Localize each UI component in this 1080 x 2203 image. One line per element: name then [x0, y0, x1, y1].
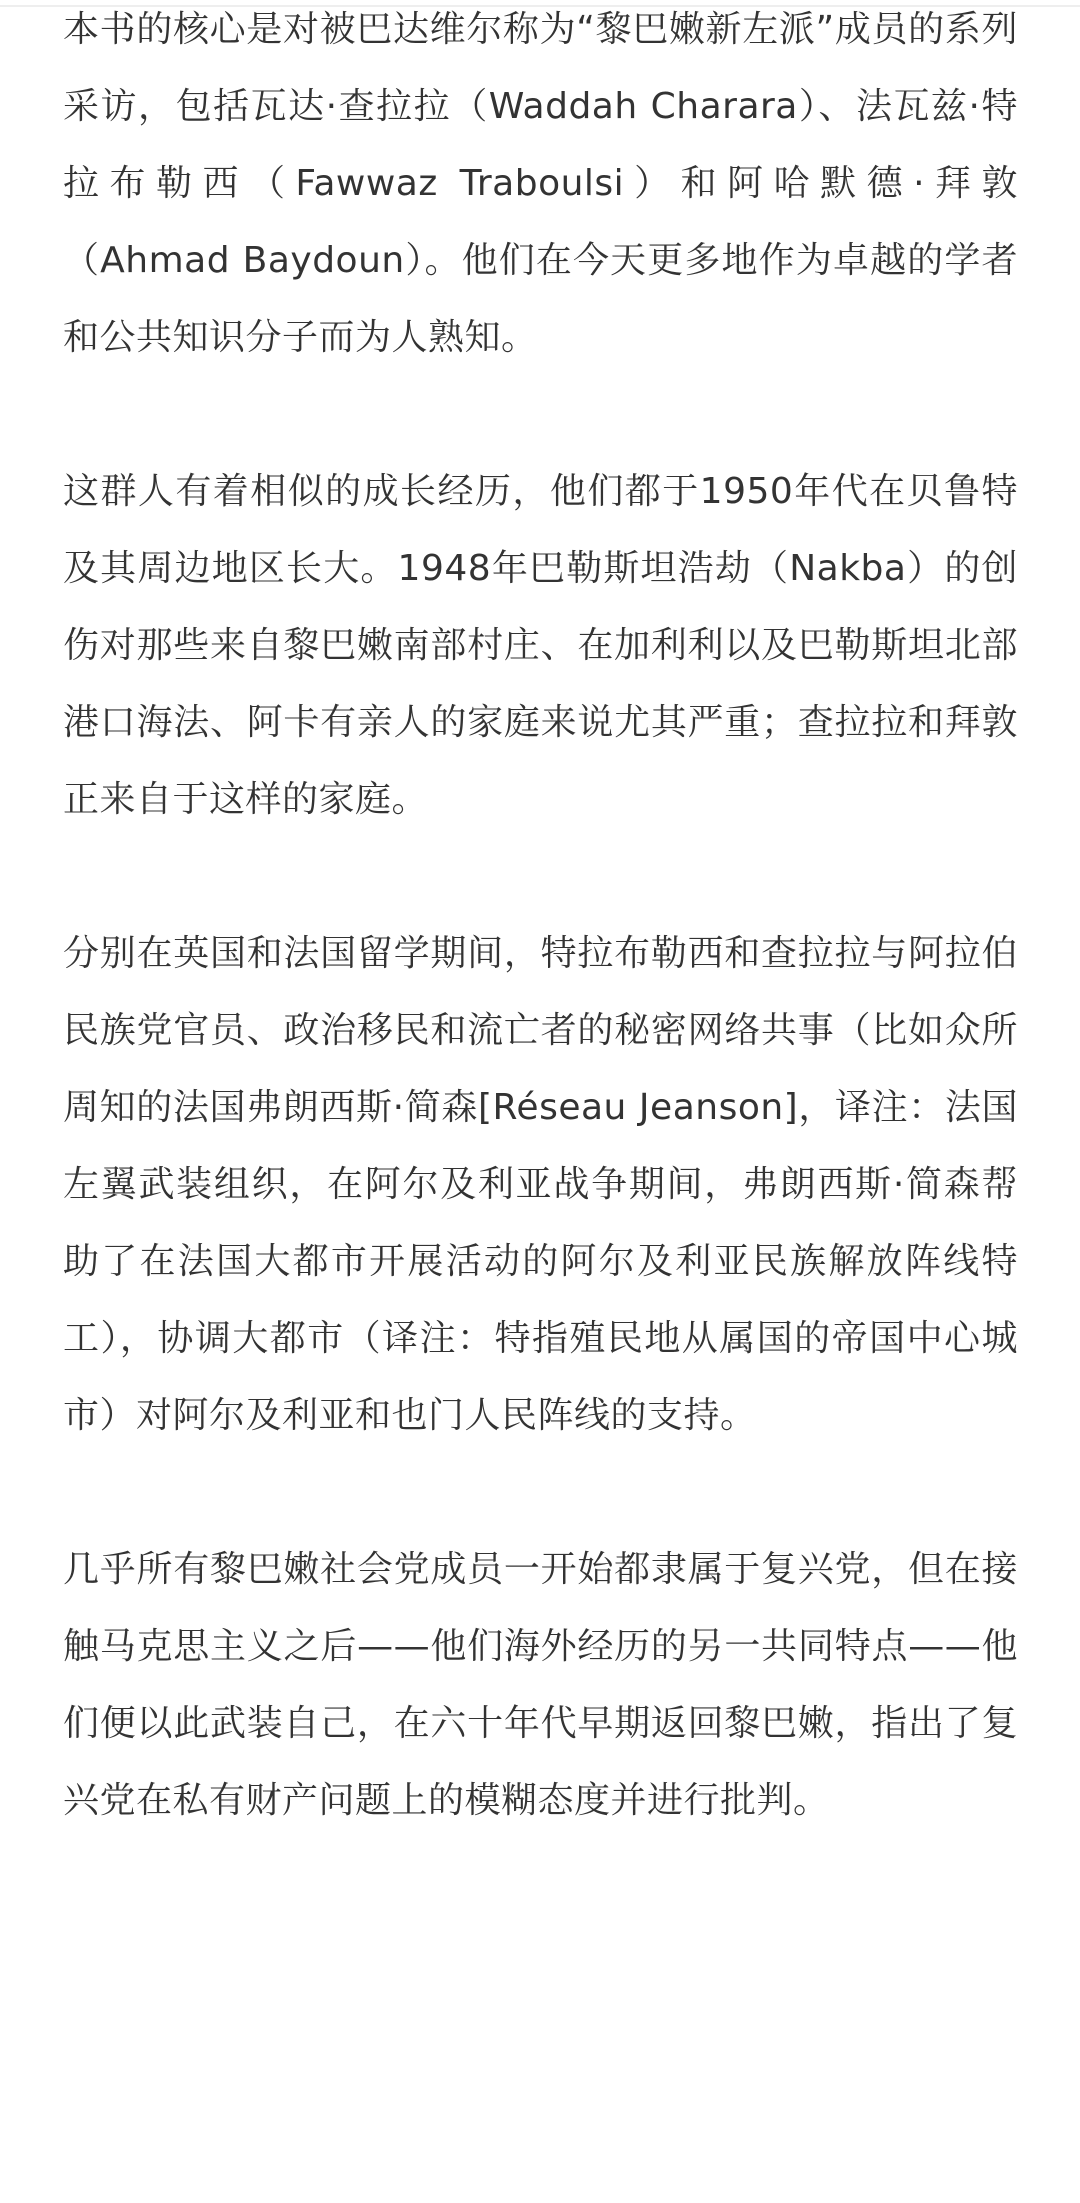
article-body: 本书的核心是对被巴达维尔称为“黎巴嫩新左派”成员的系列采访，包括瓦达·查拉拉（W…: [63, 0, 1018, 1839]
paragraph-core-interviews: 本书的核心是对被巴达维尔称为“黎巴嫩新左派”成员的系列采访，包括瓦达·查拉拉（W…: [63, 0, 1018, 376]
paragraph-study-abroad: 分别在英国和法国留学期间，特拉布勒西和查拉拉与阿拉伯民族党官员、政治移民和流亡者…: [63, 915, 1018, 1454]
paragraph-baath-party: 几乎所有黎巴嫩社会党成员一开始都隶属于复兴党，但在接触马克思主义之后——他们海外…: [63, 1531, 1018, 1839]
paragraph-background: 这群人有着相似的成长经历，他们都于1950年代在贝鲁特及其周边地区长大。1948…: [63, 453, 1018, 838]
